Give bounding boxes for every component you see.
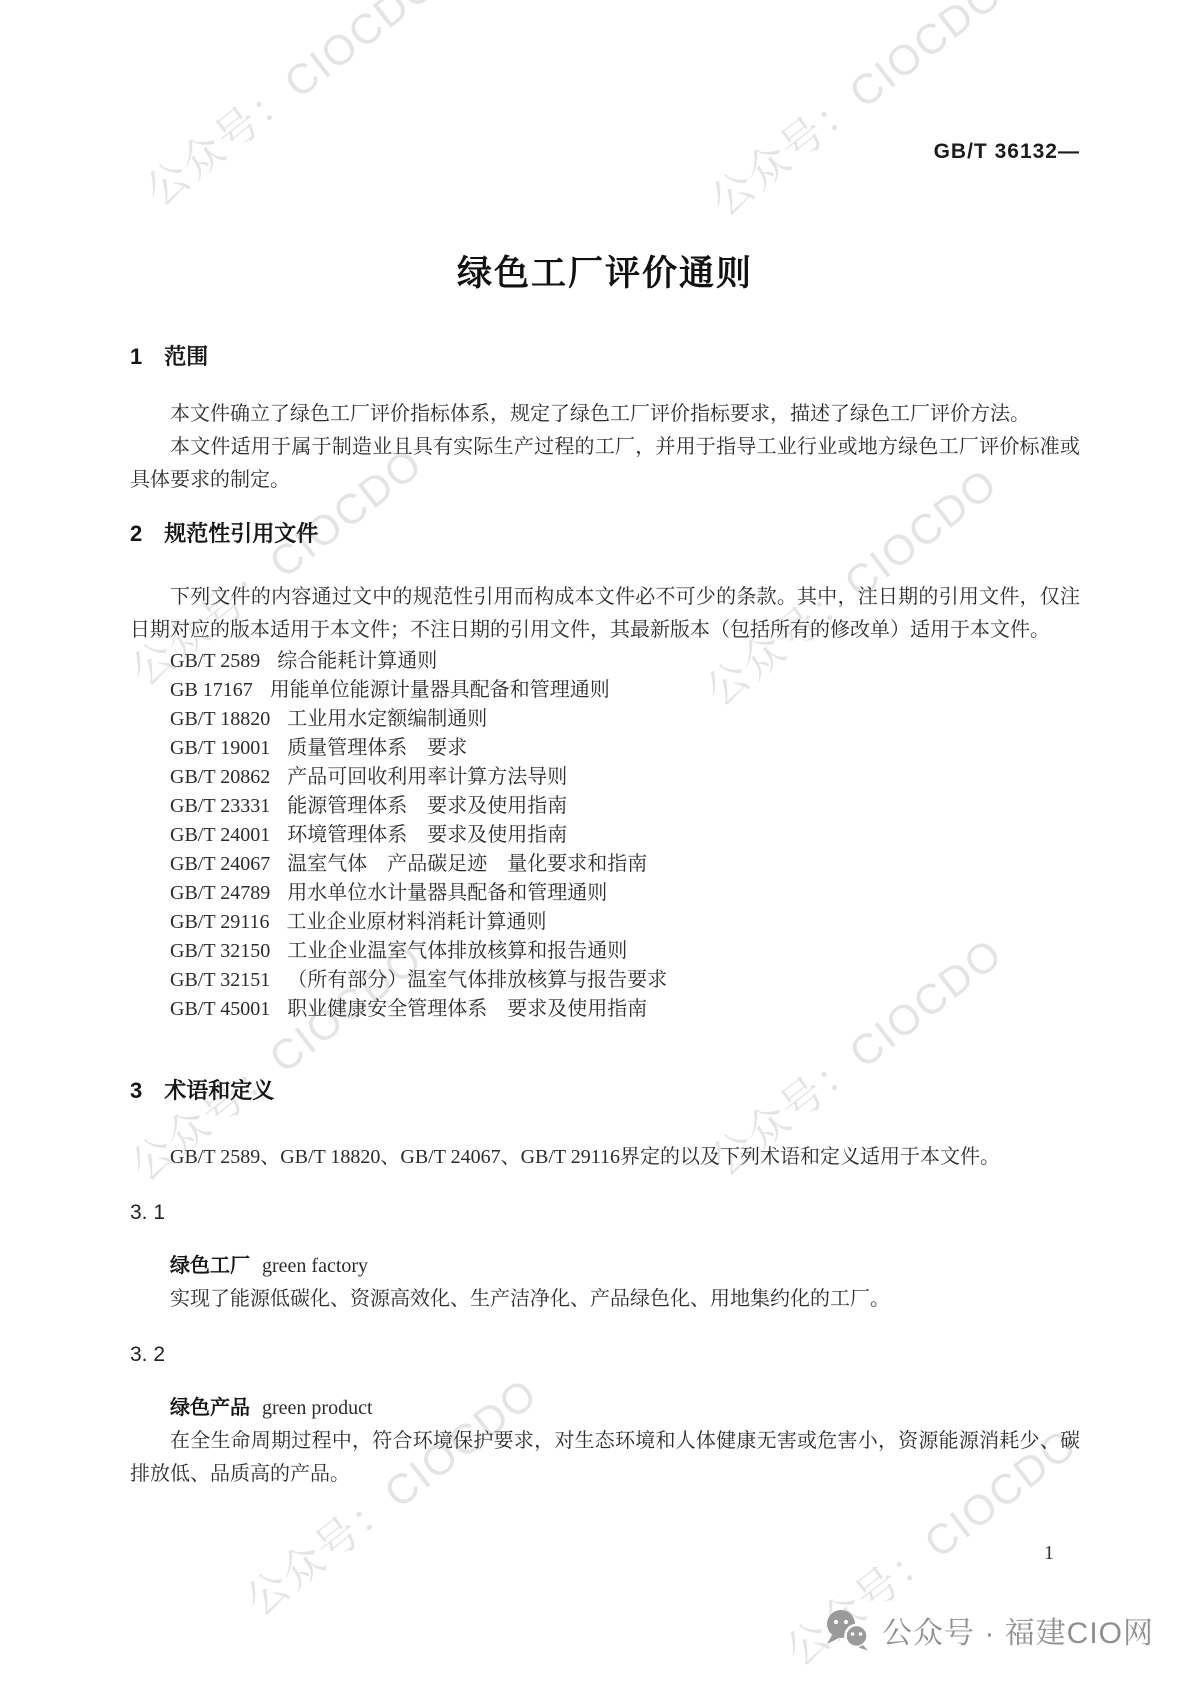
reference-title: 工业企业温室气体排放核算和报告通则 — [287, 940, 627, 962]
reference-title: 职业健康安全管理体系 要求及使用指南 — [287, 998, 647, 1020]
section-heading-scope: 1 范围 — [130, 342, 1080, 372]
reference-list: GB/T 2589综合能耗计算通则 GB 17167用能单位能源计量器具配备和管… — [130, 647, 1080, 1024]
page-number: 1 — [1044, 1542, 1054, 1565]
reference-title: 温室气体 产品碳足迹 量化要求和指南 — [287, 853, 647, 875]
standard-number: GB/T 36132— — [934, 140, 1080, 164]
reference-item: GB/T 20862产品可回收利用率计算方法导则 — [170, 763, 1080, 792]
term-title: 绿色产品green product — [130, 1392, 1080, 1425]
reference-item: GB/T 18820工业用水定额编制通则 — [170, 705, 1080, 734]
watermark: 公众号：CIOCDO — [696, 0, 1013, 228]
section-heading-terms: 3 术语和定义 — [130, 1076, 1080, 1106]
reference-code: GB/T 18820 — [170, 705, 270, 734]
footer-brand: 公众号 · 福建CIO网 — [824, 1608, 1154, 1652]
reference-title: 能源管理体系 要求及使用指南 — [287, 795, 567, 817]
reference-item: GB/T 29116工业企业原材料消耗计算通则 — [170, 908, 1080, 937]
term-english: green factory — [262, 1255, 368, 1277]
term-definition: 实现了能源低碳化、资源高效化、生产洁净化、产品绿色化、用地集约化的工厂。 — [130, 1283, 1080, 1316]
reference-code: GB/T 45001 — [170, 995, 270, 1024]
reference-title: （所有部分）温室气体排放核算与报告要求 — [287, 969, 667, 991]
reference-item: GB/T 24001环境管理体系 要求及使用指南 — [170, 821, 1080, 850]
reference-item: GB/T 24789用水单位水计量器具配备和管理通则 — [170, 879, 1080, 908]
term-english: green product — [262, 1397, 373, 1419]
reference-code: GB/T 32150 — [170, 937, 270, 966]
reference-code: GB/T 29116 — [170, 908, 269, 937]
reference-item: GB/T 2589综合能耗计算通则 — [170, 647, 1080, 676]
term-number: 3. 1 — [130, 1196, 1080, 1229]
reference-code: GB/T 2589 — [170, 647, 260, 676]
term-number: 3. 2 — [130, 1338, 1080, 1371]
reference-code: GB 17167 — [170, 676, 253, 705]
reference-code: GB/T 24067 — [170, 850, 270, 879]
reference-item: GB/T 24067温室气体 产品碳足迹 量化要求和指南 — [170, 850, 1080, 879]
reference-title: 工业企业原材料消耗计算通则 — [286, 911, 546, 933]
reference-item: GB/T 32151（所有部分）温室气体排放核算与报告要求 — [170, 966, 1080, 995]
reference-code: GB/T 19001 — [170, 734, 270, 763]
term-definition: 在全生命周期过程中，符合环境保护要求，对生态环境和人体健康无害或危害小，资源能源… — [130, 1425, 1080, 1491]
reference-code: GB/T 24001 — [170, 821, 270, 850]
reference-title: 工业用水定额编制通则 — [287, 708, 487, 730]
reference-title: 用能单位能源计量器具配备和管理通则 — [270, 679, 610, 701]
reference-item: GB/T 23331能源管理体系 要求及使用指南 — [170, 792, 1080, 821]
reference-code: GB/T 24789 — [170, 879, 270, 908]
wechat-icon — [824, 1609, 872, 1651]
reference-item: GB/T 32150工业企业温室气体排放核算和报告通则 — [170, 937, 1080, 966]
term-title: 绿色工厂green factory — [130, 1250, 1080, 1283]
reference-item: GB/T 45001职业健康安全管理体系 要求及使用指南 — [170, 995, 1080, 1024]
section-heading-normative-references: 2 规范性引用文件 — [130, 519, 1080, 549]
reference-code: GB/T 20862 — [170, 763, 270, 792]
scope-paragraph: 本文件确立了绿色工厂评价指标体系，规定了绿色工厂评价指标要求，描述了绿色工厂评价… — [130, 398, 1080, 431]
reference-item: GB 17167用能单位能源计量器具配备和管理通则 — [170, 676, 1080, 705]
standard-document-page: 公众号：CIOCDO 公众号：CIOCDO 公众号：CIOCDO 公众号：CIO… — [0, 0, 1190, 1683]
reference-title: 用水单位水计量器具配备和管理通则 — [287, 882, 607, 904]
term-chinese: 绿色工厂 — [170, 1255, 250, 1277]
reference-title: 综合能耗计算通则 — [277, 650, 437, 672]
scope-paragraph: 本文件适用于属于制造业且具有实际生产过程的工厂，并用于指导工业行业或地方绿色工厂… — [130, 431, 1080, 497]
reference-item: GB/T 19001质量管理体系 要求 — [170, 734, 1080, 763]
normative-references-intro: 下列文件的内容通过文中的规范性引用而构成本文件必不可少的条款。其中，注日期的引用… — [130, 581, 1080, 647]
term-chinese: 绿色产品 — [170, 1397, 250, 1419]
footer-wechat-label: 公众号 · 福建CIO网 — [882, 1608, 1154, 1652]
reference-title: 质量管理体系 要求 — [287, 737, 467, 759]
reference-title: 产品可回收利用率计算方法导则 — [287, 766, 567, 788]
reference-code: GB/T 23331 — [170, 792, 270, 821]
page-title: 绿色工厂评价通则 — [130, 246, 1080, 296]
reference-code: GB/T 32151 — [170, 966, 270, 995]
terms-intro: GB/T 2589、GB/T 18820、GB/T 24067、GB/T 291… — [130, 1141, 1080, 1174]
watermark: 公众号：CIOCDO — [131, 0, 448, 218]
reference-title: 环境管理体系 要求及使用指南 — [287, 824, 567, 846]
document-body: 1 范围 本文件确立了绿色工厂评价指标体系，规定了绿色工厂评价指标要求，描述了绿… — [130, 330, 1080, 1491]
